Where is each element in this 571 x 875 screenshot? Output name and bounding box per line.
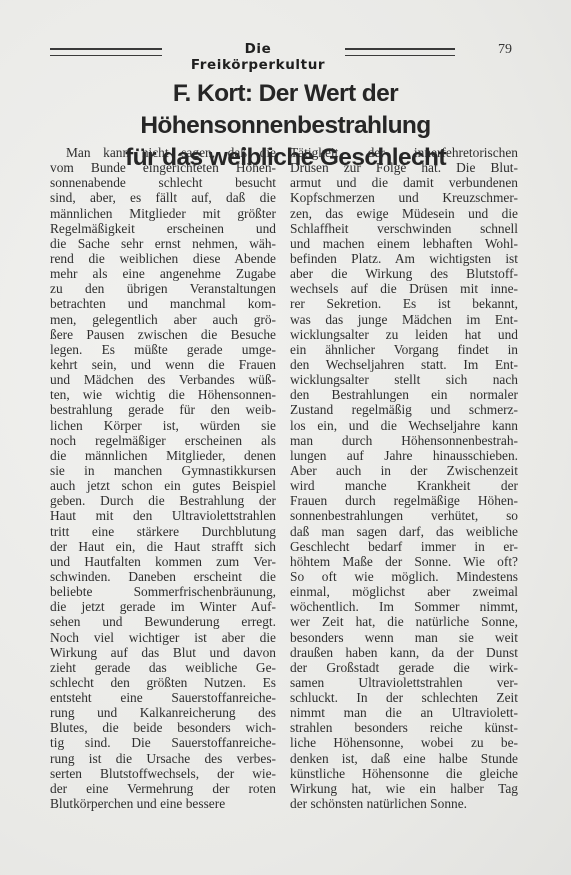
text-line: sie in manchen Gymnastikkursen	[50, 463, 276, 478]
text-line: tritt eine stärkere Durchblutung	[50, 524, 276, 539]
text-line: Blutes, die beide besonders wich-	[50, 720, 276, 735]
text-line: ten, wie wichtig die Höhensonnen-	[50, 387, 276, 402]
text-line: liche Höhensonne, wobei zu be-	[290, 735, 518, 750]
text-line: zu den übrigen Veranstaltungen	[50, 281, 276, 296]
text-line: Geschlecht bedarf immer in er-	[290, 539, 518, 554]
text-line: lungen auf Jahre hinausschieben.	[290, 448, 518, 463]
text-line: schlecht den größten Nutzen. Es	[50, 675, 276, 690]
text-line: sehen und Bewunderung erregt.	[50, 614, 276, 629]
text-line: die männlichen Mitglieder, denen	[50, 448, 276, 463]
text-line: auch jetzt schon ein gutes Beispiel	[50, 478, 276, 493]
text-line: den Wechseljahren statt. Im Ent-	[290, 357, 518, 372]
text-line: Frauen durch regelmäßige Höhen-	[290, 493, 518, 508]
text-line: die jetzt gerade im Winter Auf-	[50, 599, 276, 614]
header-rule-right	[345, 48, 455, 56]
text-line: noch regelmäßiger erscheinen als	[50, 433, 276, 448]
text-line: entsteht eine Sauerstoffanreiche-	[50, 690, 276, 705]
text-line: legen. Es müßte gerade umge-	[50, 342, 276, 357]
text-line: kehrt sein, und wenn die Frauen	[50, 357, 276, 372]
text-line: der Großstadt gerade die wirk-	[290, 660, 518, 675]
text-line: wechsels auf die Drüsen mit inne-	[290, 281, 518, 296]
text-line: So oft wie möglich. Mindestens	[290, 569, 518, 584]
text-line: und Hautfalten kommen zum Ver-	[50, 554, 276, 569]
text-line: ßere Pausen zwischen die Besuche	[50, 327, 276, 342]
article-title-line-1: F. Kort: Der Wert der Höhensonnenbestrah…	[30, 78, 541, 142]
text-line: rend die weiblichen diese Abende	[50, 251, 276, 266]
text-line: Blutkörperchen und eine bessere	[50, 796, 276, 811]
text-line: sonnenabende schlecht besucht	[50, 175, 276, 190]
text-line: ein ähnlicher Vorgang findet in	[290, 342, 518, 357]
journal-name: Die Freikörperkultur	[178, 41, 338, 73]
text-line: einmal, möglichst aber zweimal	[290, 584, 518, 599]
text-line: rung ist die Ursache des verbes-	[50, 751, 276, 766]
text-line: Wirkung hat, wie ein halber Tag	[290, 781, 518, 796]
text-line: der Haut ein, die Haut strafft sich	[50, 539, 276, 554]
text-line: zen, das ewige Müdesein und die	[290, 206, 518, 221]
text-line: man durch Höhensonnenbestrah-	[290, 433, 518, 448]
text-line: tig sind. Die Sauerstoffanreiche-	[50, 735, 276, 750]
text-line: Man kann nicht sagen, daß die	[50, 145, 276, 160]
text-line: denken ist, daß eine halbe Stunde	[290, 751, 518, 766]
text-line: der schönsten natürlichen Sonne.	[290, 796, 518, 811]
text-line: rung und Kalkanreicherung des	[50, 705, 276, 720]
text-line: strahlen besonders reiche künst-	[290, 720, 518, 735]
text-line: sind, aber, es fällt auf, daß die	[50, 190, 276, 205]
text-line: und Mädchen des Verbandes wüß-	[50, 372, 276, 387]
text-line: betrachten und manchmal kom-	[50, 296, 276, 311]
text-line: künstliche Höhensonne die gleiche	[290, 766, 518, 781]
text-line: samen Ultraviolettstrahlen ver-	[290, 675, 518, 690]
left-text-column: Man kann nicht sagen, daß dievom Bunde e…	[50, 145, 276, 811]
text-line: höhtem Maße der Sonne. Wie oft?	[290, 554, 518, 569]
text-line: Tätigkeit der innerfehretorischen	[290, 145, 518, 160]
text-line: serten Blutstoffwechsels, der wie-	[50, 766, 276, 781]
page-number: 79	[498, 42, 512, 58]
text-line: wicklungsalter zu leiden hat und	[290, 327, 518, 342]
text-line: Drüsen zur Folge hat. Die Blut-	[290, 160, 518, 175]
text-line: lichen Körper ist, würden sie	[50, 418, 276, 433]
text-line: mehr als eine angenehme Zugabe	[50, 266, 276, 281]
text-line: Haut mit den Ultraviolettstrahlen	[50, 508, 276, 523]
text-line: armut und die damit verbundenen	[290, 175, 518, 190]
text-line: nimmt man die an Ultraviolett-	[290, 705, 518, 720]
text-line: beliebte Sommerfrischenbräunung,	[50, 584, 276, 599]
text-line: vom Bunde eingerichteten Höhen-	[50, 160, 276, 175]
text-line: was das junge Mädchen im Ent-	[290, 312, 518, 327]
text-line: und machen einem lebhaften Wohl-	[290, 236, 518, 251]
text-line: den Bestrahlungen ein normaler	[290, 387, 518, 402]
text-line: schwinden. Daneben erscheint die	[50, 569, 276, 584]
text-line: Zustand regelmäßig und schmerz-	[290, 402, 518, 417]
running-header: Die Freikörperkultur 79	[50, 40, 518, 62]
text-line: Schlaffheit verschwinden schnell	[290, 221, 518, 236]
text-line: Regelmäßigkeit erscheinen und	[50, 221, 276, 236]
text-line: los ein, und die Wechseljahre kann	[290, 418, 518, 433]
text-line: wird manche Krankheit der	[290, 478, 518, 493]
text-line: wöchentlich. Im Sommer nimmt,	[290, 599, 518, 614]
text-line: schluckt. In der schlechten Zeit	[290, 690, 518, 705]
text-line: männlichen Mitglieder mit größter	[50, 206, 276, 221]
text-line: befinden Platz. Am wichtigsten ist	[290, 251, 518, 266]
text-line: die Sache sehr ernst nehmen, wäh-	[50, 236, 276, 251]
text-line: rer Sekretion. Es ist bekannt,	[290, 296, 518, 311]
text-line: Kopfschmerzen und Kreuzschmer-	[290, 190, 518, 205]
text-line: Wirkung auf das Blut und davon	[50, 645, 276, 660]
text-line: daß man sagen darf, das weibliche	[290, 524, 518, 539]
header-rule-left	[50, 48, 162, 56]
text-line: aber die Wirkung des Blutstoff-	[290, 266, 518, 281]
text-line: wicklungsalter stellt sich nach	[290, 372, 518, 387]
text-line: geben. Durch die Bestrahlung der	[50, 493, 276, 508]
text-line: zieht gerade das weibliche Ge-	[50, 660, 276, 675]
text-line: men, gelegentlich aber auch grö-	[50, 312, 276, 327]
text-line: sonnenbestrahlungen verhütet, so	[290, 508, 518, 523]
right-text-column: Tätigkeit der innerfehretorischenDrüsen …	[290, 145, 518, 811]
text-line: Noch viel wichtiger ist aber die	[50, 630, 276, 645]
text-line: bestrahlung gerade für den weib-	[50, 402, 276, 417]
text-line: der eine Vermehrung der roten	[50, 781, 276, 796]
text-line: wer Zeit hat, die natürliche Sonne,	[290, 614, 518, 629]
text-line: Aber auch in der Zwischenzeit	[290, 463, 518, 478]
text-line: besonders wenn man sie weit	[290, 630, 518, 645]
text-line: draußen haben kann, da der Dunst	[290, 645, 518, 660]
